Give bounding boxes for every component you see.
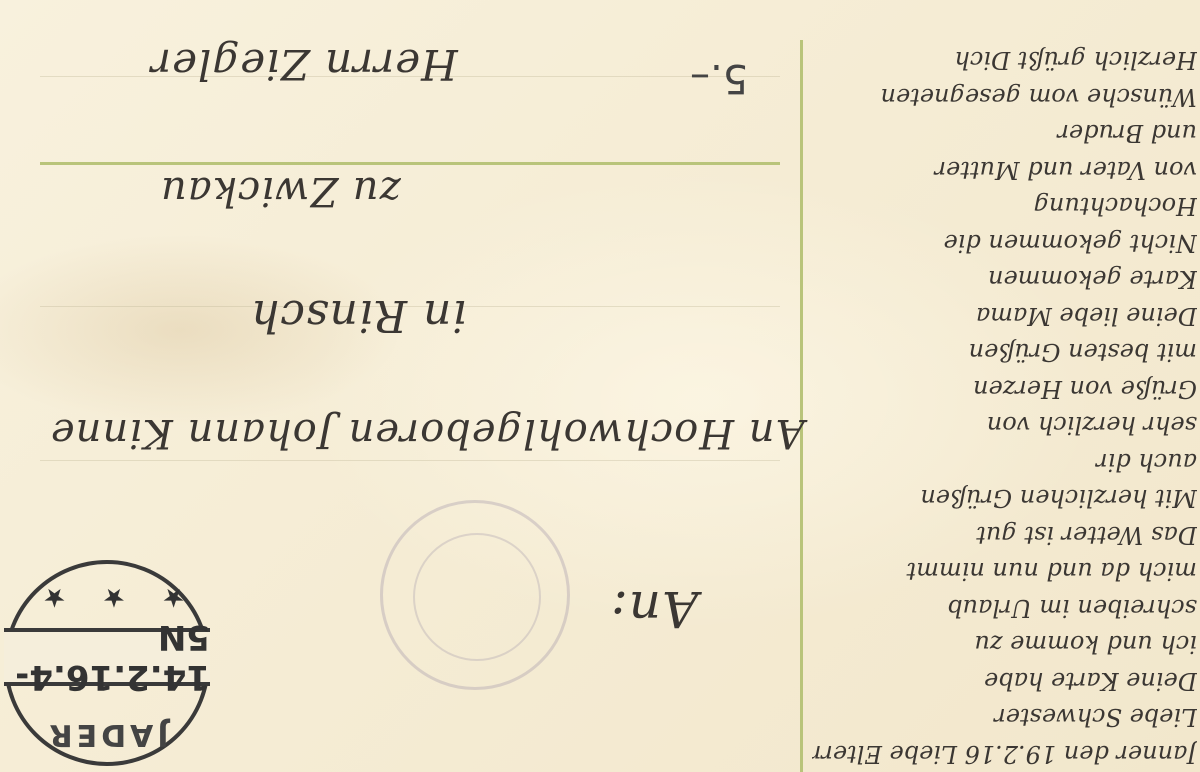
address-prefix: An:	[610, 580, 698, 638]
message-line: ich und komme zu	[812, 626, 1197, 663]
message-line: auch dir	[812, 444, 1197, 481]
message-line: Liebe Schwester	[812, 699, 1197, 736]
address-line-4: An Hochwohlgeboren Johann Kinne	[50, 410, 804, 456]
message-line: Das Wetter ist gut	[812, 517, 1197, 554]
message-line: Janner den 19.2.16 Liebe Eltern!	[812, 736, 1197, 772]
message-line: Nicht gekommen die	[812, 225, 1197, 262]
faded-stamp	[380, 500, 570, 690]
faint-rule	[40, 460, 780, 461]
postcard-back: Herrn Ziegler zu Zwickau in Rinsch An Ho…	[0, 0, 1200, 772]
message-divider-line	[800, 40, 803, 772]
message-line: Grüße von Herzen	[812, 371, 1197, 408]
message-line: und Bruder	[812, 115, 1197, 152]
price-mark: 5.–	[690, 55, 748, 101]
postmark-town: JADER	[8, 717, 206, 752]
address-divider-line	[40, 162, 780, 165]
message-line: mich da und nun nimmt	[812, 553, 1197, 590]
message-area: Janner den 19.2.16 Liebe Eltern!Liebe Sc…	[812, 20, 1197, 772]
message-line: Herzlich grüßt Dich	[812, 42, 1197, 79]
message-line: Hochachtung	[812, 188, 1197, 225]
postmark-date: 14.2.16.4-5N	[4, 628, 210, 686]
address-line-1: Herrn Ziegler	[150, 40, 458, 89]
message-line: schreiben im Urlaub	[812, 590, 1197, 627]
message-line: mit besten Grüßen	[812, 334, 1197, 371]
postmark-stars: ★ ★ ★	[8, 582, 206, 612]
message-line: Karte gekommen	[812, 261, 1197, 298]
address-line-2: zu Zwickau	[160, 168, 401, 214]
postmark: JADER 14.2.16.4-5N ★ ★ ★	[4, 560, 210, 766]
message-line: Mit herzlichen Grüßen	[812, 480, 1197, 517]
message-line: von Vater und Mutter	[812, 152, 1197, 189]
message-line: Wünsche vom gesegneten	[812, 79, 1197, 116]
address-line-3: in Rinsch	[250, 290, 467, 341]
message-line: Deine Karte habe	[812, 663, 1197, 700]
message-line: Deine liebe Mama	[812, 298, 1197, 335]
message-line: sehr herzlich von	[812, 407, 1197, 444]
